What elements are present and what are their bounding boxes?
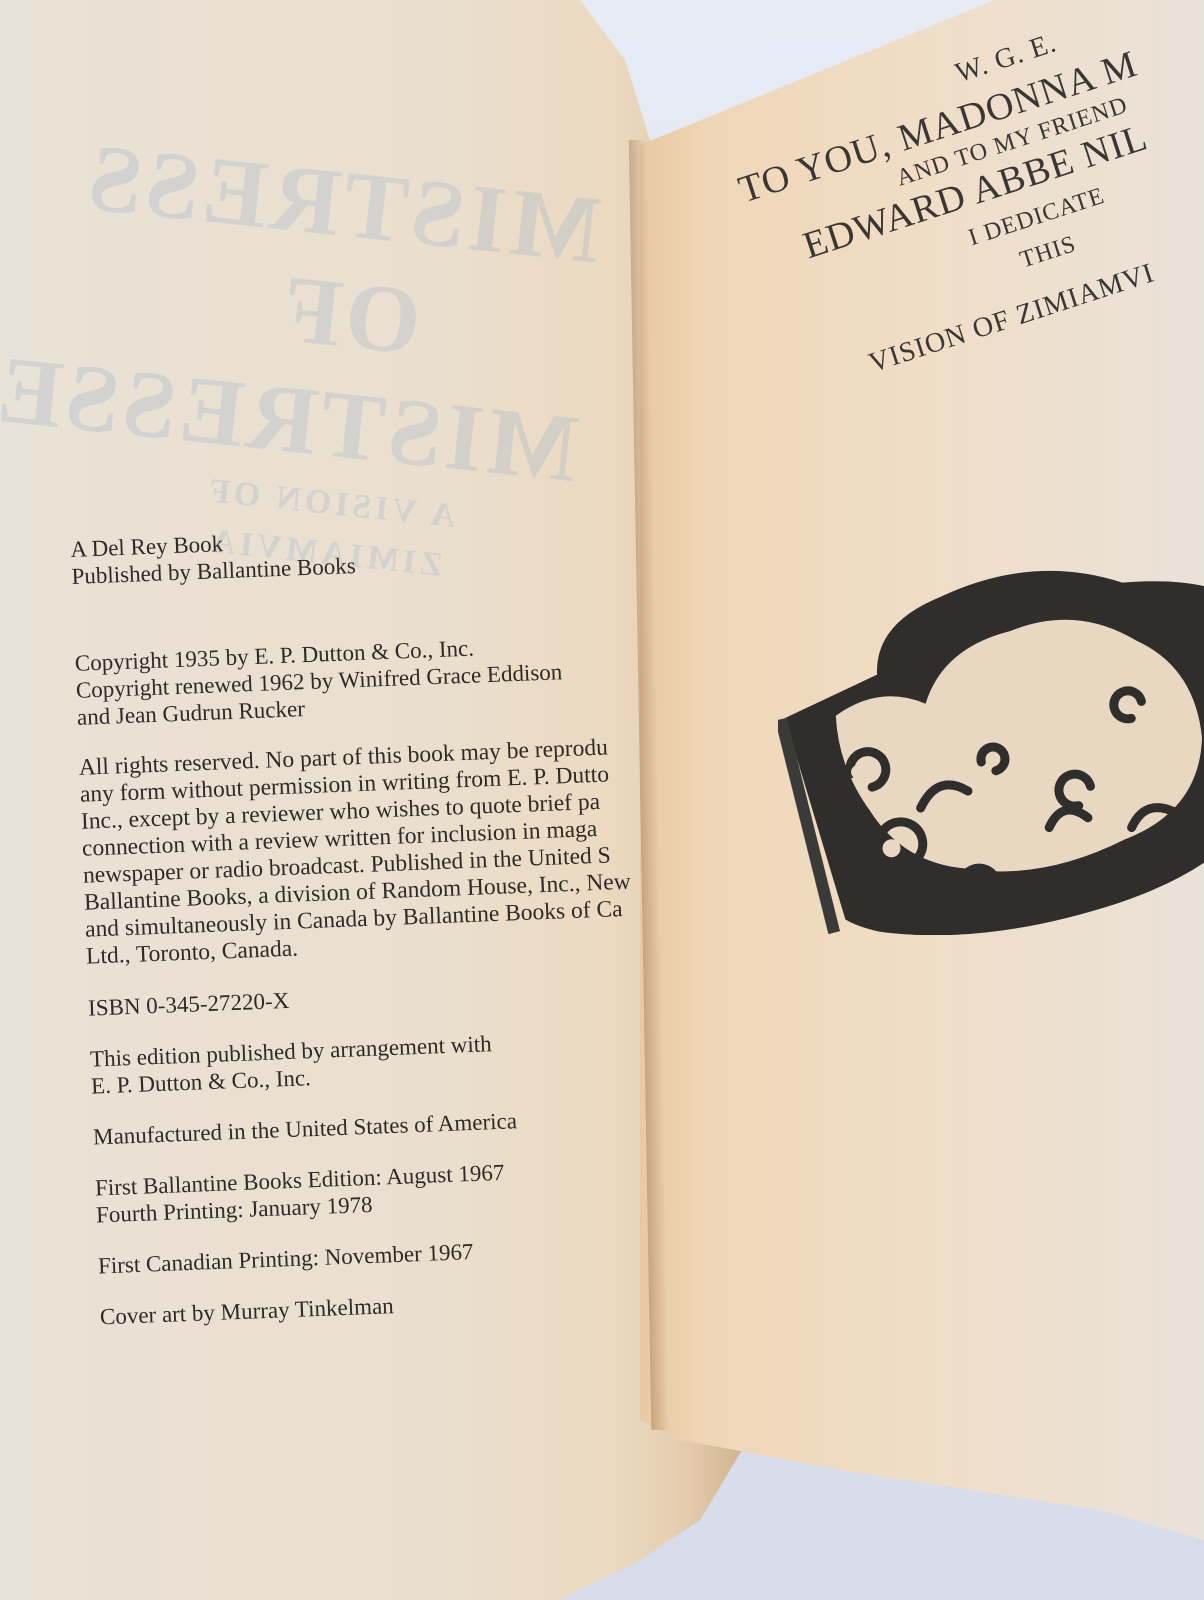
copyright-block: Copyright 1935 by E. P. Dutton & Co., In… [74, 625, 737, 731]
copyright-page: A Del Rey Book Published by Ballantine B… [70, 511, 761, 1355]
cover-art-credit: Cover art by Murray Tinkelman [99, 1278, 760, 1330]
cover-art-block: Cover art by Murray Tinkelman [99, 1278, 760, 1330]
manufactured-line: Manufactured in the United States of Ame… [93, 1098, 754, 1150]
canadian-printing-block: First Canadian Printing: November 1967 [98, 1227, 759, 1279]
isbn: ISBN 0-345-27220-X [88, 969, 749, 1021]
isbn-block: ISBN 0-345-27220-X [88, 969, 749, 1021]
manufactured-block: Manufactured in the United States of Ame… [93, 1098, 754, 1150]
rights-reserved-block: All rights reserved. No part of this boo… [78, 730, 746, 971]
show-through-title: MISTRESS OF MISTRESSES A VISION OF ZIMIA… [94, 126, 606, 504]
arrangement-block: This edition published by arrangement wi… [90, 1020, 752, 1099]
editions-block: First Ballantine Books Edition: August 1… [95, 1149, 757, 1228]
cartouche-ornament-icon [778, 555, 1204, 935]
canadian-printing-line: First Canadian Printing: November 1967 [98, 1227, 759, 1279]
